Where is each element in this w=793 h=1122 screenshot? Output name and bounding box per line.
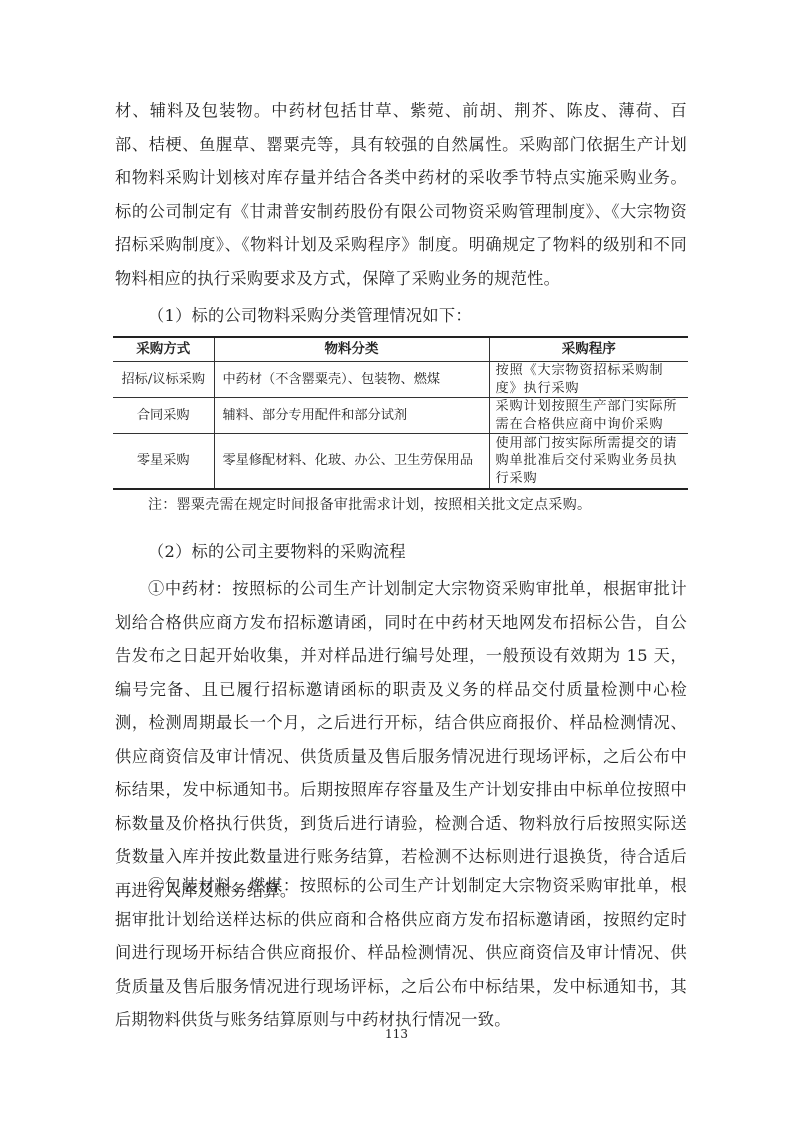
section1-heading: （1）标的公司物料采购分类管理情况如下：	[148, 302, 472, 326]
procurement-classification-table: 采购方式 物料分类 采购程序 招标/议标采购 中药材（不含罂粟壳）、包装物、燃煤…	[113, 336, 688, 490]
cell-method: 零星采购	[113, 434, 214, 489]
cell-procedure: 使用部门按实际所需提交的请购单批准后交付采购业务员执行采购	[489, 434, 688, 489]
cell-method: 合同采购	[113, 398, 214, 434]
table-row: 合同采购 辅料、部分专用配件和部分试剂 采购计划按照生产部门实际所需在合格供应商…	[113, 398, 688, 434]
cell-category: 辅料、部分专用配件和部分试剂	[214, 398, 489, 434]
cell-procedure: 采购计划按照生产部门实际所需在合格供应商中询价采购	[489, 398, 688, 434]
section2-heading: （2）标的公司主要物料的采购流程	[148, 538, 406, 562]
packaging-procurement-paragraph: ②包装材料、燃煤：按照标的公司生产计划制定大宗物资采购审批单，根据审批计划给送样…	[115, 869, 687, 1037]
table-note: 注：罂粟壳需在规定时间报备审批需求计划，按照相关批文定点采购。	[148, 494, 591, 514]
cell-method: 招标/议标采购	[113, 362, 214, 398]
header-method: 采购方式	[113, 337, 214, 362]
page-number: 113	[0, 1027, 793, 1041]
cell-procedure: 按照《大宗物资招标采购制度》执行采购	[489, 362, 688, 398]
intro-paragraph: 材、辅料及包装物。中药材包括甘草、紫菀、前胡、荆芥、陈皮、薄荷、百部、桔梗、鱼腥…	[115, 94, 687, 295]
cell-category: 中药材（不含罂粟壳）、包装物、燃煤	[214, 362, 489, 398]
header-procedure: 采购程序	[489, 337, 688, 362]
table-header-row: 采购方式 物料分类 采购程序	[113, 337, 688, 362]
header-category: 物料分类	[214, 337, 489, 362]
table-row: 招标/议标采购 中药材（不含罂粟壳）、包装物、燃煤 按照《大宗物资招标采购制度》…	[113, 362, 688, 398]
cell-category: 零星修配材料、化玻、办公、卫生劳保用品	[214, 434, 489, 489]
herbs-procurement-paragraph: ①中药材：按照标的公司生产计划制定大宗物资采购审批单，根据审批计划给合格供应商方…	[115, 572, 687, 907]
table-row: 零星采购 零星修配材料、化玻、办公、卫生劳保用品 使用部门按实际所需提交的请购单…	[113, 434, 688, 489]
